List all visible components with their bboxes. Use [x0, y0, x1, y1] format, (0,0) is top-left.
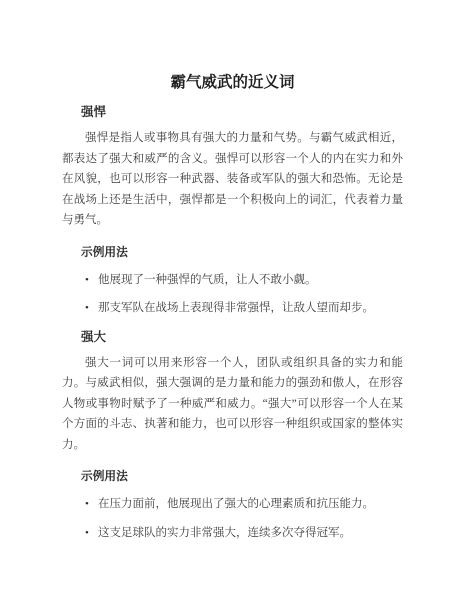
example-text: 那支军队在战场上表现得非常强悍，让敌人望而却步。 [98, 302, 374, 314]
examples-list: • 他展现了一种强悍的气质，让人不敢小觑。 • 那支军队在战场上表现得非常强悍，… [62, 274, 403, 316]
bullet-icon: • [85, 302, 89, 316]
section-qianghan: 强悍 强悍是指人或事物具有强大的力量和气势。与霸气威武相近，都表达了强大和威严的… [62, 105, 403, 316]
list-item: • 在压力面前，他展现出了强大的心理素质和抗压能力。 [98, 498, 403, 512]
document-page: 霸气威武的近义词 强悍 强悍是指人或事物具有强大的力量和气势。与霸气威武相近，都… [0, 0, 463, 600]
term-paragraph: 强大一词可以用来形容一个人，团队或组织具备的实力和能力。与威武相似，强大强调的是… [62, 353, 403, 456]
list-item: • 那支军队在战场上表现得非常强悍，让敌人望而却步。 [98, 302, 403, 316]
bullet-icon: • [85, 527, 89, 541]
bullet-icon: • [85, 498, 89, 512]
examples-heading: 示例用法 [81, 470, 403, 483]
examples-list: • 在压力面前，他展现出了强大的心理素质和抗压能力。 • 这支足球队的实力非常强… [62, 498, 403, 540]
page-title: 霸气威武的近义词 [62, 73, 403, 92]
bullet-icon: • [85, 274, 89, 288]
example-text: 他展现了一种强悍的气质，让人不敢小觑。 [98, 274, 317, 286]
section-qiangda: 强大 强大一词可以用来形容一个人，团队或组织具备的实力和能力。与威武相似，强大强… [62, 330, 403, 541]
list-item: • 他展现了一种强悍的气质，让人不敢小觑。 [98, 274, 403, 288]
term-paragraph: 强悍是指人或事物具有强大的力量和气势。与霸气威武相近，都表达了强大和威严的含义。… [62, 128, 403, 231]
list-item: • 这支足球队的实力非常强大，连续多次夺得冠军。 [98, 527, 403, 541]
term-heading-qiangda: 强大 [81, 330, 403, 344]
examples-heading: 示例用法 [81, 246, 403, 259]
example-text: 这支足球队的实力非常强大，连续多次夺得冠军。 [98, 527, 351, 539]
example-text: 在压力面前，他展现出了强大的心理素质和抗压能力。 [98, 498, 374, 510]
term-heading-qianghan: 强悍 [81, 105, 403, 119]
